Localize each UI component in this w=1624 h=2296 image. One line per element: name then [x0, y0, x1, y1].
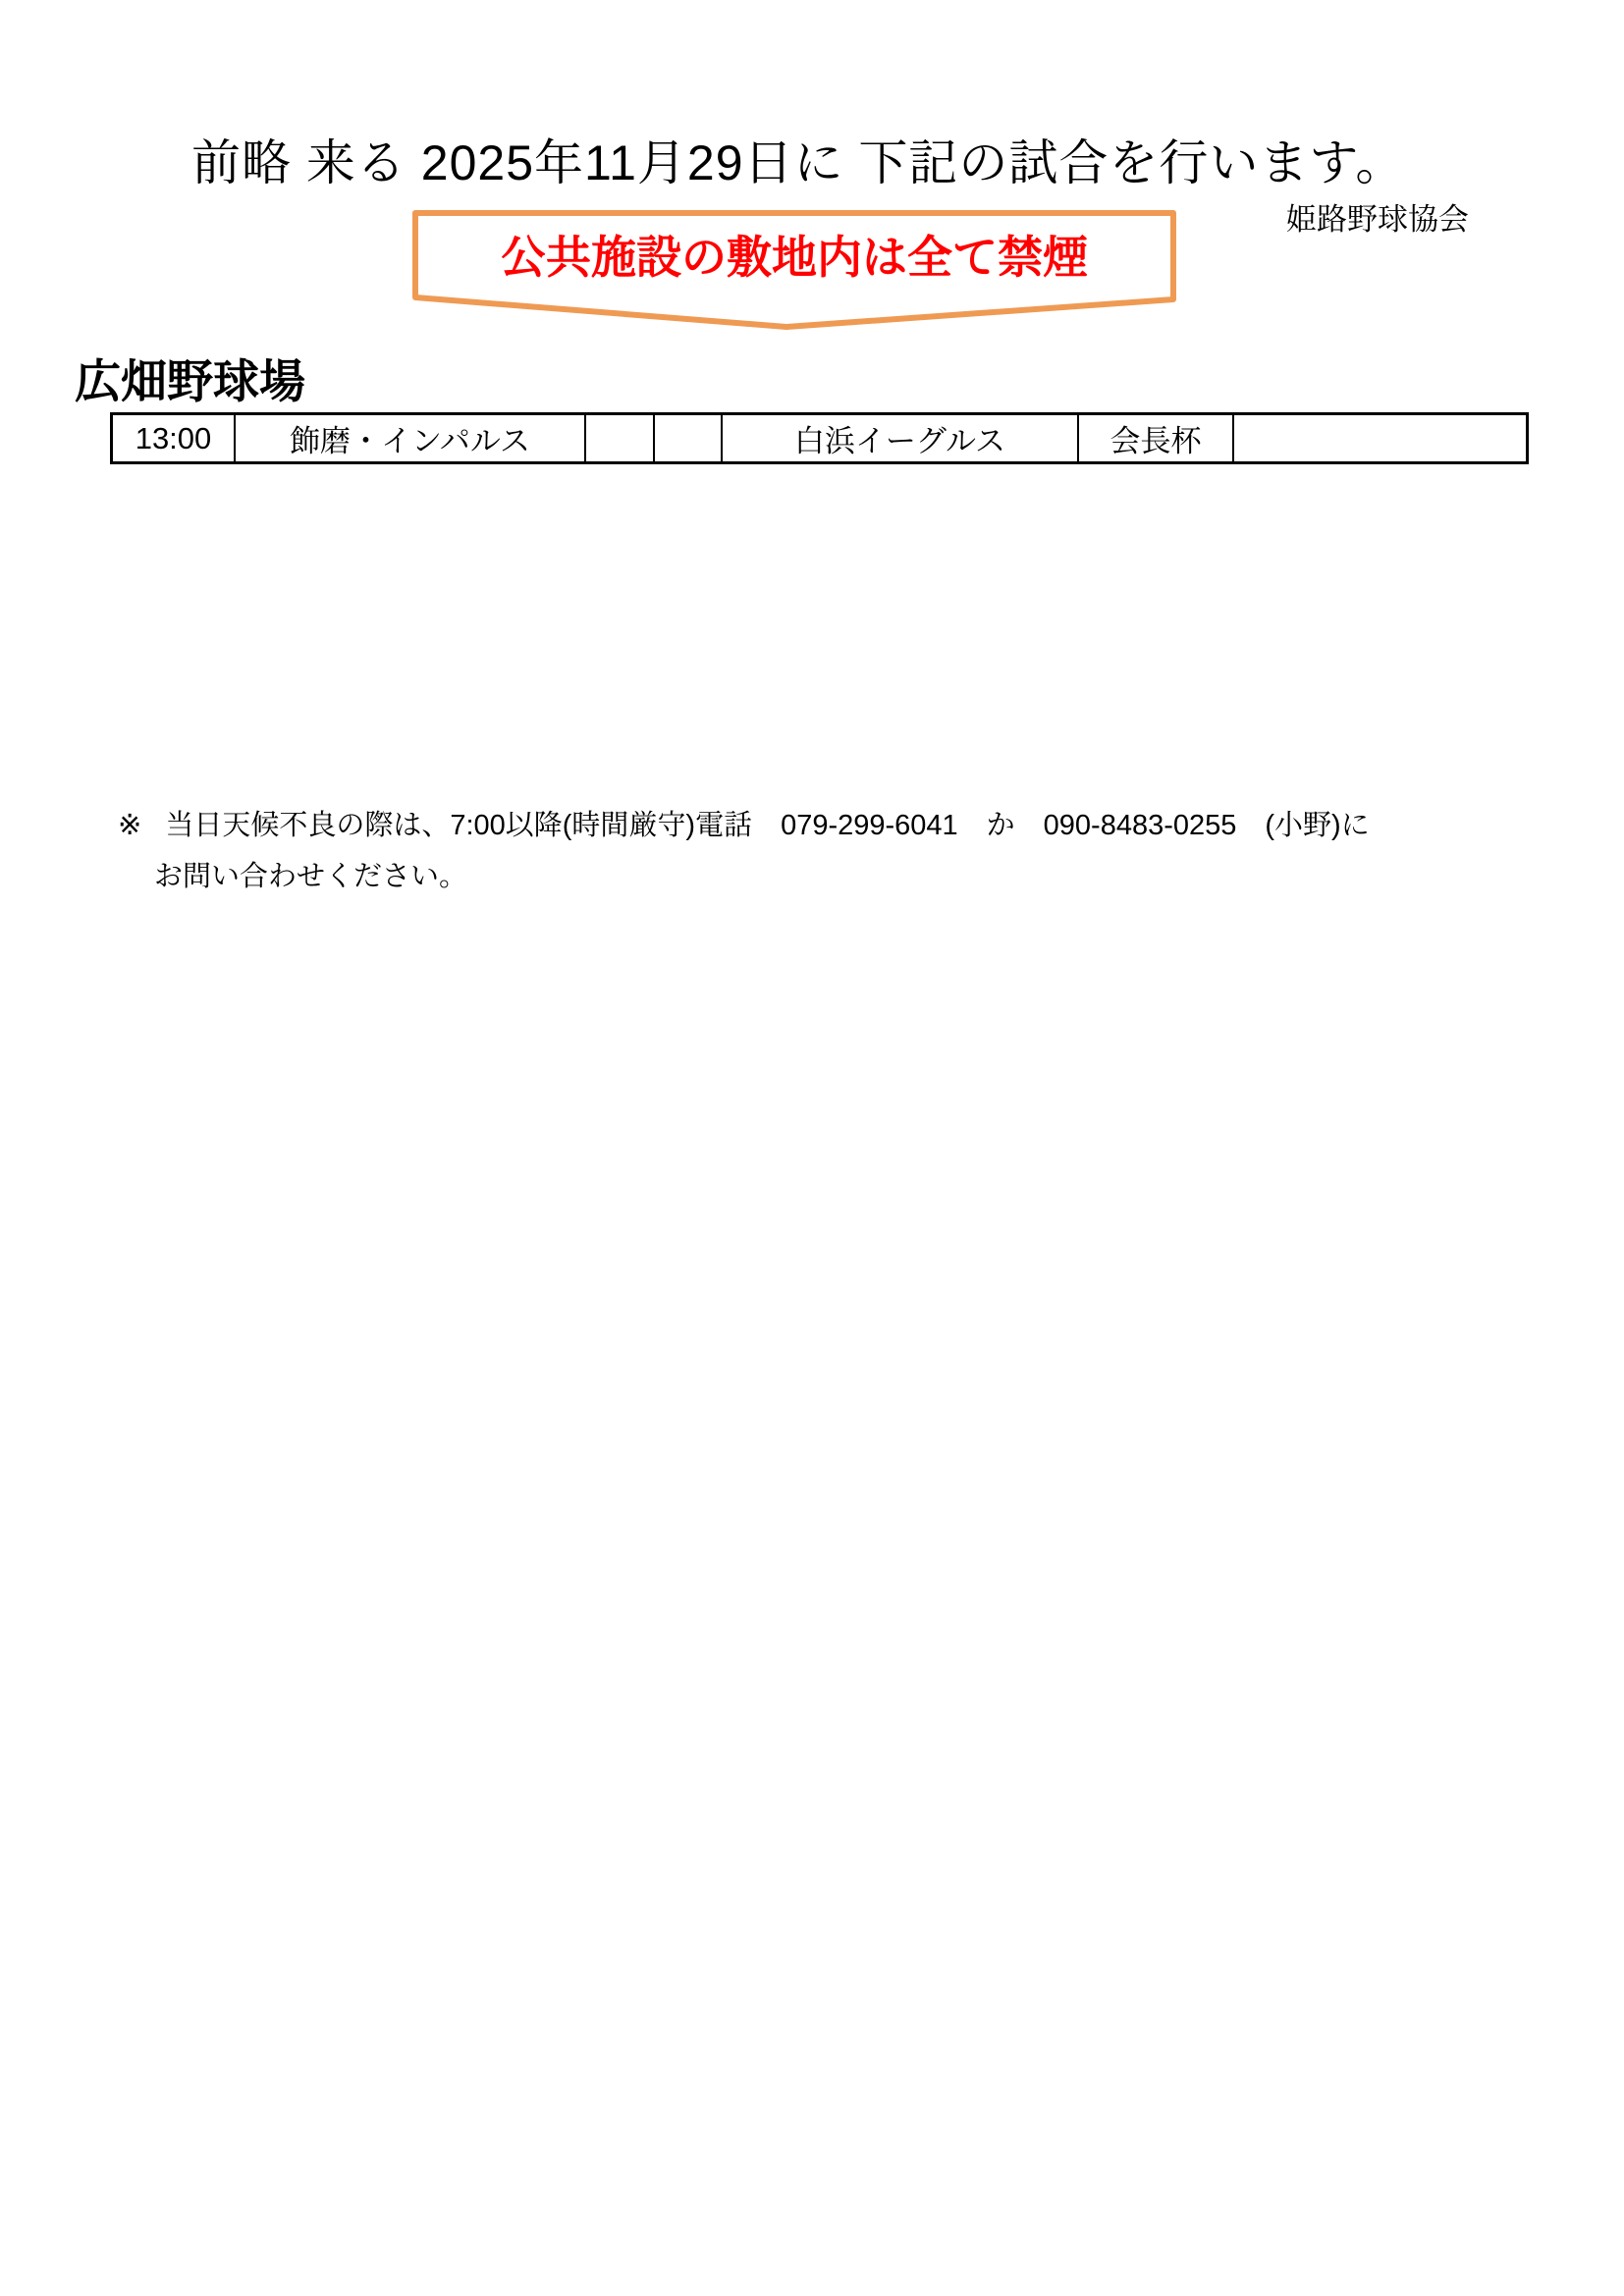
score-cell-2	[655, 415, 723, 461]
venue-heading: 広畑野球場	[75, 356, 305, 407]
score-cell-1	[586, 415, 655, 461]
weather-contact-note-continued: お問い合わせください。	[154, 860, 467, 893]
empty-note-cell	[1234, 415, 1526, 461]
away-team-cell: 白浜イーグルス	[723, 415, 1079, 461]
game-time-cell: 13:00	[113, 415, 236, 461]
organization-name: 姫路野球協会	[1286, 202, 1469, 238]
no-smoking-banner: 公共施設の敷地内は全て禁煙	[407, 207, 1183, 337]
reference-mark: ※	[118, 809, 141, 842]
tournament-cell: 会長杯	[1079, 415, 1234, 461]
document-page: 前略 来る 2025年11月29日に 下記の試合を行います。 姫路野球協会 公共…	[0, 0, 1624, 2296]
weather-contact-note-text: 当日天候不良の際は、7:00以降(時間厳守)電話 079-299-6041 か …	[165, 810, 1369, 841]
page-title: 前略 来る 2025年11月29日に 下記の試合を行います。	[191, 135, 1405, 190]
no-smoking-notice-text: 公共施設の敷地内は全て禁煙	[415, 233, 1173, 282]
home-team-cell: 飾磨・インパルス	[236, 415, 586, 461]
weather-contact-note: ※当日天候不良の際は、7:00以降(時間厳守)電話 079-299-6041 か…	[118, 809, 1370, 842]
game-schedule-table: 13:00 飾磨・インパルス 白浜イーグルス 会長杯	[110, 412, 1529, 464]
